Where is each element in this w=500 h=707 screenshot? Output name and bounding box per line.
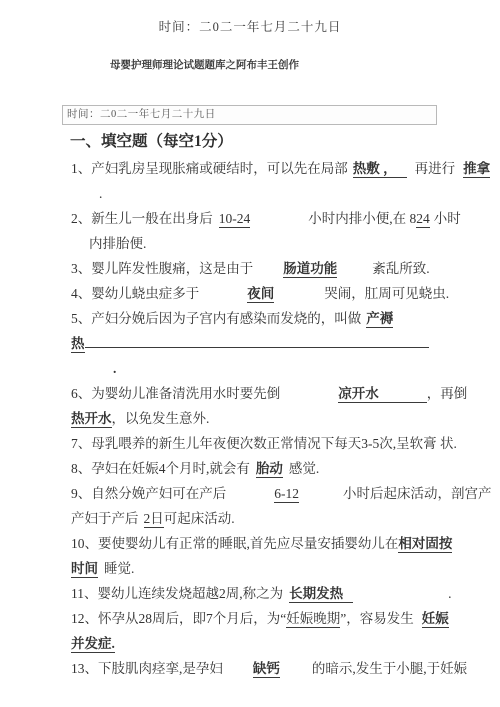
question-text: 产妇于产后 bbox=[71, 511, 139, 526]
document-page: 时间：二0二一年七月二十九日 母婴护理师理论试题题库之阿布丰王创作 时间：二0二… bbox=[0, 0, 500, 707]
creator-byline: 母婴护理师理论试题题库之阿布丰王创作 bbox=[110, 59, 500, 72]
q6-line1: 6、为婴幼儿准备清洗用水时要先倒凉开水，再倒 bbox=[71, 381, 491, 406]
q5-line2: 热 bbox=[71, 331, 491, 356]
q13-line1: 13、下肢肌肉痉挛,是孕妇缺钙的暗示,发生于小腿,于妊娠 bbox=[71, 656, 491, 681]
blank-space bbox=[348, 172, 353, 173]
document-body: 1、产妇乳房呈现胀痛或硬结时，可以先在局部热敷 ，再进行推拿.2、新生儿一般在出… bbox=[71, 156, 491, 681]
q8-line1: 8、孕妇在妊娠4个月时,就会有胎动感觉. bbox=[71, 456, 491, 481]
answer-text: 肠道功能 bbox=[283, 261, 337, 278]
answer-text: 热开水 bbox=[71, 411, 112, 428]
q12-line1: 12、怀孕从28周后，即7个月后，为“妊娠晚期”，容易发生妊娠 bbox=[71, 606, 491, 631]
question-text: 小时内排小便,在 8 bbox=[308, 211, 416, 226]
question-text: 哭闹，肛周可见蛲虫. bbox=[324, 286, 449, 301]
blank-space bbox=[407, 172, 415, 173]
blank-space bbox=[299, 497, 343, 498]
question-text: 10、要使婴幼儿有正常的睡眠,首先应尽量安插婴幼儿在 bbox=[71, 536, 398, 551]
answer-text: 时间 bbox=[71, 561, 98, 578]
question-text: 6、为婴幼儿准备清洗用水时要先倒 bbox=[71, 386, 280, 401]
question-text: 紊乱所致. bbox=[372, 261, 429, 276]
q9-line1: 9、自然分娩产妇可在产后6-12小时后起床活动，剖宫产 bbox=[71, 481, 491, 506]
blank-space bbox=[139, 522, 144, 523]
question-text: 9、自然分娩产妇可在产后 bbox=[71, 486, 226, 501]
q5-line1: 5、产妇分娩后因为子宫内有感染而发烧的，叫做产褥 bbox=[71, 306, 491, 331]
blank-space bbox=[213, 222, 219, 223]
blank-space bbox=[199, 297, 247, 298]
blank-space bbox=[250, 222, 308, 223]
blank-space bbox=[226, 497, 274, 498]
question-text: 12、怀孕从28周后，即7个月后，为“ bbox=[71, 611, 286, 626]
q6-line2: 热开水，以免发生意外. bbox=[71, 406, 491, 431]
answer-text: 2日 bbox=[144, 511, 164, 528]
q1-line2: . bbox=[71, 181, 491, 206]
answer-text: 产褥 bbox=[366, 311, 393, 328]
answer-underline-rule bbox=[85, 333, 429, 348]
question-text: . bbox=[113, 361, 116, 376]
question-text: 内排胎便. bbox=[89, 236, 146, 251]
question-text: 13、下肢肌肉痉挛,是孕妇 bbox=[71, 661, 223, 676]
question-text: ”，容易发生 bbox=[340, 611, 414, 626]
q5-line3: . bbox=[71, 356, 491, 381]
answer-text: 胎动 bbox=[256, 461, 283, 478]
q10-line1: 10、要使婴幼儿有正常的睡眠,首先应尽量安插婴幼儿在相对固按 bbox=[71, 531, 491, 556]
answer-text: 凉开水 bbox=[338, 386, 427, 403]
question-text: 8、孕妇在妊娠4个月时,就会有 bbox=[71, 461, 250, 476]
blank-space bbox=[455, 172, 463, 173]
blank-space bbox=[253, 272, 283, 273]
time-field-text: 时间：二0二一年七月二十九日 bbox=[67, 109, 216, 120]
blank-space bbox=[353, 597, 448, 598]
question-text: 小时后起床活动，剖宫产 bbox=[343, 486, 492, 501]
question-text: 感觉. bbox=[289, 461, 319, 476]
q2-line2: 内排胎便. bbox=[71, 231, 491, 256]
blank-space bbox=[414, 622, 422, 623]
question-text: 的暗示,发生于小腿,于妊娠 bbox=[312, 661, 467, 676]
blank-space bbox=[337, 272, 372, 273]
blank-space bbox=[280, 672, 312, 673]
answer-text: 长期发热 bbox=[289, 586, 353, 603]
q12-line2: 并发症. bbox=[71, 631, 491, 656]
answer-text: 并发症. bbox=[71, 636, 115, 653]
question-text: 11、婴幼儿连续发烧超越2周,称之为 bbox=[71, 586, 283, 601]
q1-line1: 1、产妇乳房呈现胀痛或硬结时，可以先在局部热敷 ，再进行推拿 bbox=[71, 156, 491, 181]
q4-line1: 4、婴幼儿蛲虫症多于夜间哭闹，肛周可见蛲虫. bbox=[71, 281, 491, 306]
blank-space bbox=[274, 297, 324, 298]
question-text: 2、新生儿一般在出身后 bbox=[71, 211, 213, 226]
question-text: 小时 bbox=[434, 211, 461, 226]
q10-line2: 时间睡觉. bbox=[71, 556, 491, 581]
question-text: ，以免发生意外. bbox=[112, 411, 210, 426]
answer-text: 夜间 bbox=[247, 286, 274, 303]
q2-line1: 2、新生儿一般在出身后10-24小时内排小便,在 824小时 bbox=[71, 206, 491, 231]
question-text: 再进行 bbox=[415, 161, 456, 176]
answer-text: 热敷 ， bbox=[353, 161, 407, 178]
q9-line2: 产妇于产后2日可起床活动. bbox=[71, 506, 491, 531]
question-text: . bbox=[448, 586, 451, 601]
question-text: 3、婴儿阵发性腹痛，这是由于 bbox=[71, 261, 253, 276]
blank-space bbox=[223, 672, 253, 673]
answer-text: 缺钙 bbox=[253, 661, 280, 678]
question-text: . bbox=[99, 186, 102, 201]
blank-space bbox=[280, 397, 338, 398]
section-title: 一、填空题（每空1分） bbox=[70, 132, 500, 151]
q7-line1: 7、母乳喂养的新生儿年夜便次数正常情况下每天3-5次,呈软膏 状. bbox=[71, 431, 491, 456]
time-field-box: 时间：二0二一年七月二十九日 bbox=[62, 105, 437, 125]
answer-text: 相对固按 bbox=[398, 536, 452, 553]
question-text: ，再倒 bbox=[427, 386, 468, 401]
question-text: 睡觉. bbox=[104, 561, 134, 576]
blank-space bbox=[250, 472, 256, 473]
answer-text: 6-12 bbox=[274, 486, 299, 503]
answer-text: 妊娠 bbox=[422, 611, 449, 628]
q11-line1: 11、婴幼儿连续发烧超越2周,称之为长期发热. bbox=[71, 581, 491, 606]
q3-line1: 3、婴儿阵发性腹痛，这是由于肠道功能紊乱所致. bbox=[71, 256, 491, 281]
question-text: 4、婴幼儿蛲虫症多于 bbox=[71, 286, 199, 301]
question-text: 1、产妇乳房呈现胀痛或硬结时，可以先在局部 bbox=[71, 161, 348, 176]
answer-text: 10-24 bbox=[219, 211, 251, 228]
answer-text: 推拿 bbox=[463, 161, 490, 178]
page-header-time: 时间：二0二一年七月二十九日 bbox=[0, 0, 500, 35]
question-text: 可起床活动. bbox=[164, 511, 235, 526]
answer-text: 24 bbox=[416, 211, 430, 228]
question-text: 5、产妇分娩后因为子宫内有感染而发烧的，叫做 bbox=[71, 311, 361, 326]
answer-text: 妊娠晚期 bbox=[286, 611, 340, 628]
question-text: 7、母乳喂养的新生儿年夜便次数正常情况下每天3-5次,呈软膏 状. bbox=[71, 436, 457, 451]
answer-text: 热 bbox=[71, 336, 85, 353]
